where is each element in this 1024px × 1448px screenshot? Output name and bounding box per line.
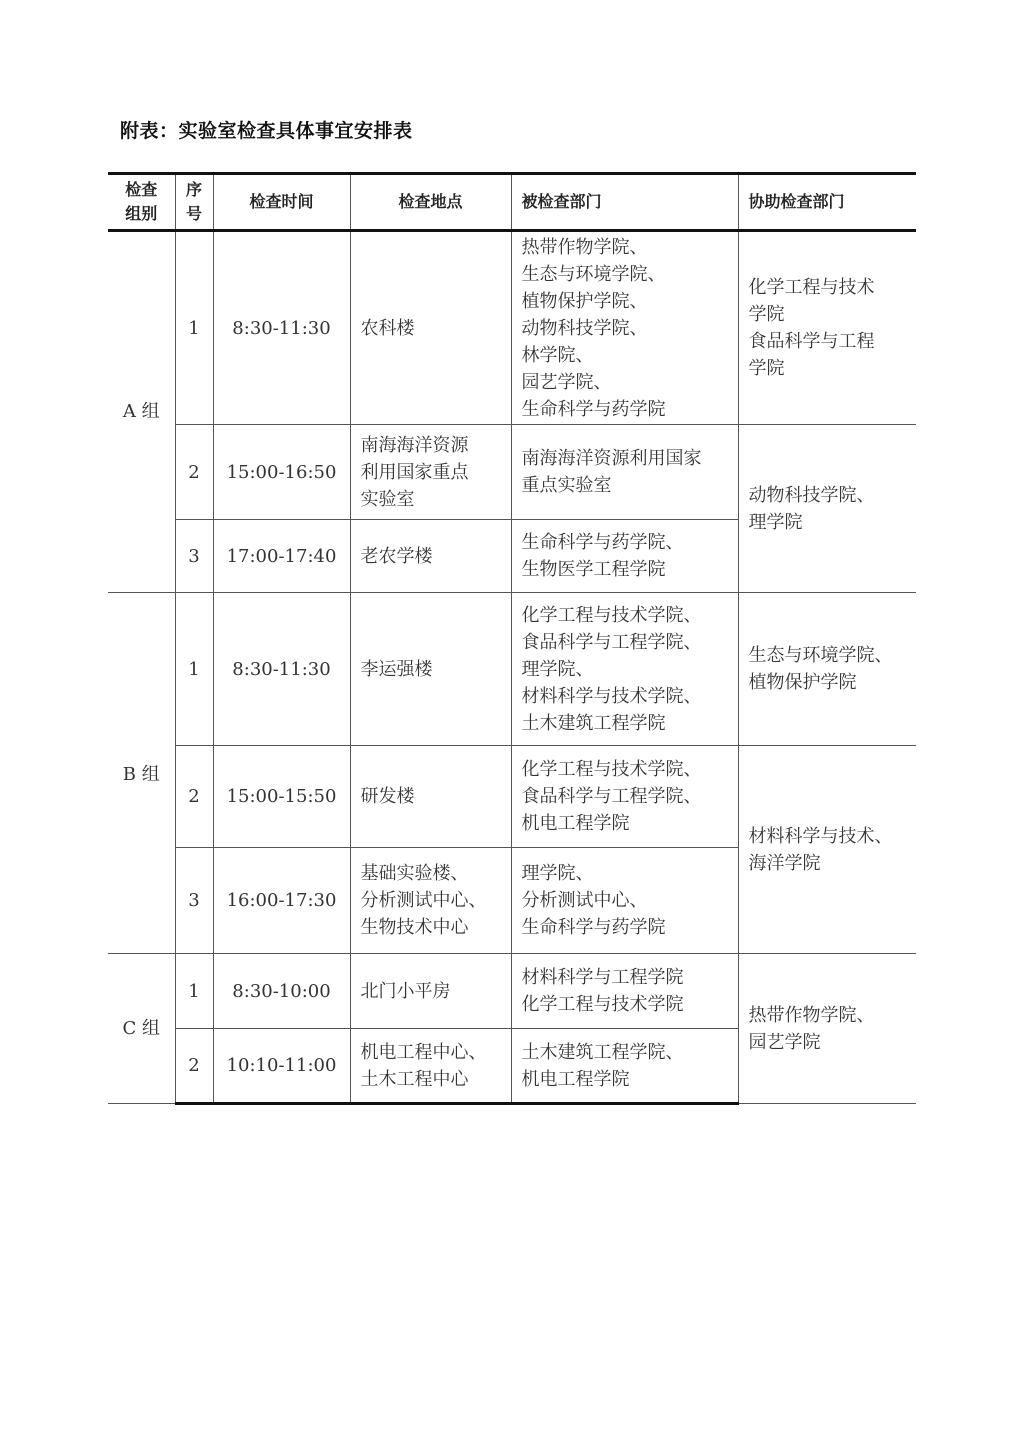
seq-cell: 3 (175, 848, 213, 954)
place-cell: 农科楼 (350, 231, 511, 425)
dept-cell: 热带作物学院、 生态与环境学院、 植物保护学院、 动物科技学院、 林学院、 园艺… (511, 231, 738, 425)
assist-cell: 生态与环境学院、 植物保护学院 (738, 593, 916, 746)
seq-cell: 1 (175, 593, 213, 746)
header-place: 检查地点 (350, 174, 511, 231)
seq-cell: 2 (175, 1029, 213, 1104)
time-cell: 8:30-10:00 (213, 954, 350, 1029)
page-title: 附表：实验室检查具体事宜安排表 (120, 116, 413, 143)
group-cell: C 组 (108, 954, 175, 1104)
seq-cell: 1 (175, 954, 213, 1029)
time-cell: 10:10-11:00 (213, 1029, 350, 1104)
assist-cell: 热带作物学院、 园艺学院 (738, 954, 916, 1104)
seq-cell: 2 (175, 746, 213, 848)
assist-cell: 材料科学与技术、 海洋学院 (738, 746, 916, 954)
time-cell: 8:30-11:30 (213, 231, 350, 425)
time-cell: 17:00-17:40 (213, 520, 350, 593)
header-seq: 序 号 (175, 174, 213, 231)
group-cell: A 组 (108, 231, 175, 593)
dept-cell: 土木建筑工程学院、 机电工程学院 (511, 1029, 738, 1104)
time-cell: 16:00-17:30 (213, 848, 350, 954)
dept-cell: 理学院、 分析测试中心、 生命科学与药学院 (511, 848, 738, 954)
group-cell: B 组 (108, 593, 175, 954)
dept-cell: 化学工程与技术学院、 食品科学与工程学院、 理学院、 材料科学与技术学院、 土木… (511, 593, 738, 746)
assist-cell: 动物科技学院、 理学院 (738, 425, 916, 593)
table-row: C 组 1 8:30-10:00 北门小平房 材料科学与工程学院 化学工程与技术… (108, 954, 916, 1029)
seq-cell: 2 (175, 425, 213, 520)
table-row: 2 15:00-16:50 南海海洋资源 利用国家重点 实验室 南海海洋资源利用… (108, 425, 916, 520)
dept-cell: 南海海洋资源利用国家 重点实验室 (511, 425, 738, 520)
place-cell: 南海海洋资源 利用国家重点 实验室 (350, 425, 511, 520)
seq-cell: 3 (175, 520, 213, 593)
time-cell: 15:00-15:50 (213, 746, 350, 848)
header-dept: 被检查部门 (511, 174, 738, 231)
dept-cell: 生命科学与药学院、 生物医学工程学院 (511, 520, 738, 593)
header-assist: 协助检查部门 (738, 174, 916, 231)
seq-cell: 1 (175, 231, 213, 425)
place-cell: 研发楼 (350, 746, 511, 848)
time-cell: 8:30-11:30 (213, 593, 350, 746)
assist-cell: 化学工程与技术 学院 食品科学与工程 学院 (738, 231, 916, 425)
place-cell: 北门小平房 (350, 954, 511, 1029)
time-cell: 15:00-16:50 (213, 425, 350, 520)
place-cell: 机电工程中心、 土木工程中心 (350, 1029, 511, 1104)
dept-cell: 化学工程与技术学院、 食品科学与工程学院、 机电工程学院 (511, 746, 738, 848)
place-cell: 老农学楼 (350, 520, 511, 593)
header-time: 检查时间 (213, 174, 350, 231)
table-row: A 组 1 8:30-11:30 农科楼 热带作物学院、 生态与环境学院、 植物… (108, 231, 916, 425)
place-cell: 基础实验楼、 分析测试中心、 生物技术中心 (350, 848, 511, 954)
header-group: 检查 组别 (108, 174, 175, 231)
place-cell: 李运强楼 (350, 593, 511, 746)
header-row: 检查 组别 序 号 检查时间 检查地点 被检查部门 协助检查部门 (108, 174, 916, 231)
schedule-table: 检查 组别 序 号 检查时间 检查地点 被检查部门 协助检查部门 A 组 1 8… (108, 172, 916, 1105)
table-row: 2 15:00-15:50 研发楼 化学工程与技术学院、 食品科学与工程学院、 … (108, 746, 916, 848)
table-row: B 组 1 8:30-11:30 李运强楼 化学工程与技术学院、 食品科学与工程… (108, 593, 916, 746)
dept-cell: 材料科学与工程学院 化学工程与技术学院 (511, 954, 738, 1029)
